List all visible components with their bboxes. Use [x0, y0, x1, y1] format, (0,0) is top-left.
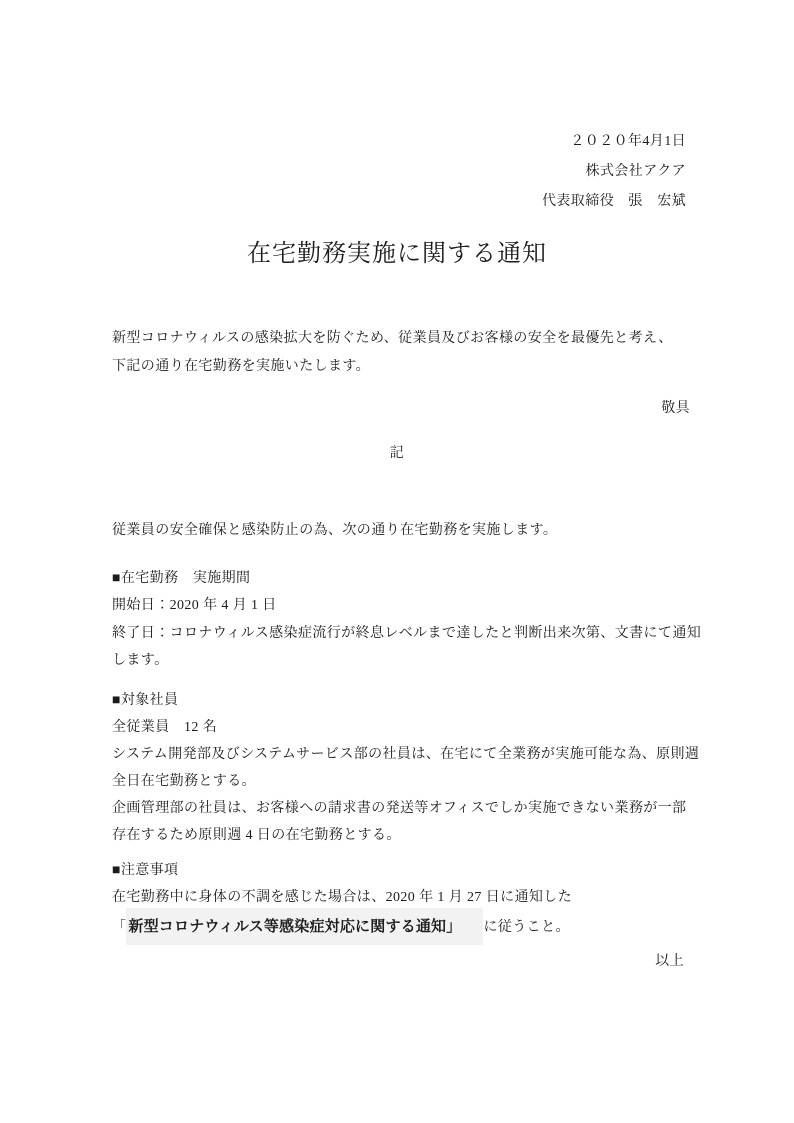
notes-reference-line: 「新型コロナウィルス等感染症対応に関する通知」に従うこと。 — [112, 906, 570, 950]
target-dev-line1: システム開発部及びシステムサービス部の社員は、在宅にて全業務が実施可能な為、原則… — [112, 745, 699, 765]
record-marker: 記 — [0, 444, 794, 464]
reference-open-bracket: 「 — [112, 920, 126, 935]
opening-paragraph-line2: 下記の通り在宅勤務を実施いたします。 — [112, 357, 370, 377]
section-target-heading: ■対象社員 — [112, 691, 178, 711]
closing-salutation: 敬具 — [661, 399, 690, 419]
document-title: 在宅勤務実施に関する通知 — [0, 237, 794, 271]
target-total-employees: 全従業員 12 名 — [112, 718, 217, 738]
lead-sentence: 従業員の安全確保と感染防止の為、次の通り在宅勤務を実施します。 — [112, 521, 557, 541]
referenced-notice-title: 新型コロナウィルス等感染症対応に関する通知」 — [126, 908, 483, 945]
period-end-line1: 終了日：コロナウィルス感染症流行が終息レベルまで達したと判断出来次第、文書にて通… — [112, 624, 701, 644]
document-page: ２０２０年4月1日 株式会社アクア 代表取締役 張 宏斌 在宅勤務実施に関する通… — [0, 0, 794, 1123]
target-planning-line1: 企画管理部の社員は、お客様への請求書の発送等オフィスでしか実施できない業務が一部 — [112, 799, 686, 819]
document-date: ２０２０年4月1日 — [570, 132, 686, 152]
closing-marker: 以上 — [655, 952, 684, 972]
target-planning-line2: 存在するため原則週 4 日の在宅勤務とする。 — [112, 826, 401, 846]
section-period-heading: ■在宅勤務 実施期間 — [112, 569, 250, 589]
notes-body: 在宅勤務中に身体の不調を感じた場合は、2020 年 1 月 27 日に通知した — [112, 888, 572, 908]
opening-paragraph-line1: 新型コロナウィルスの感染拡大を防ぐため、従業員及びお客様の安全を最優先と考え、 — [112, 329, 673, 349]
period-end-line2: します。 — [112, 651, 168, 671]
section-notes-heading: ■注意事項 — [112, 861, 178, 881]
period-start-date: 開始日：2020 年 4 月 1 日 — [112, 596, 277, 616]
reference-tail-text: に従うこと。 — [483, 920, 569, 935]
target-dev-line2: 全日在宅勤務とする。 — [112, 772, 256, 792]
representative-name: 代表取締役 張 宏斌 — [542, 192, 686, 212]
company-name: 株式会社アクア — [586, 162, 686, 182]
